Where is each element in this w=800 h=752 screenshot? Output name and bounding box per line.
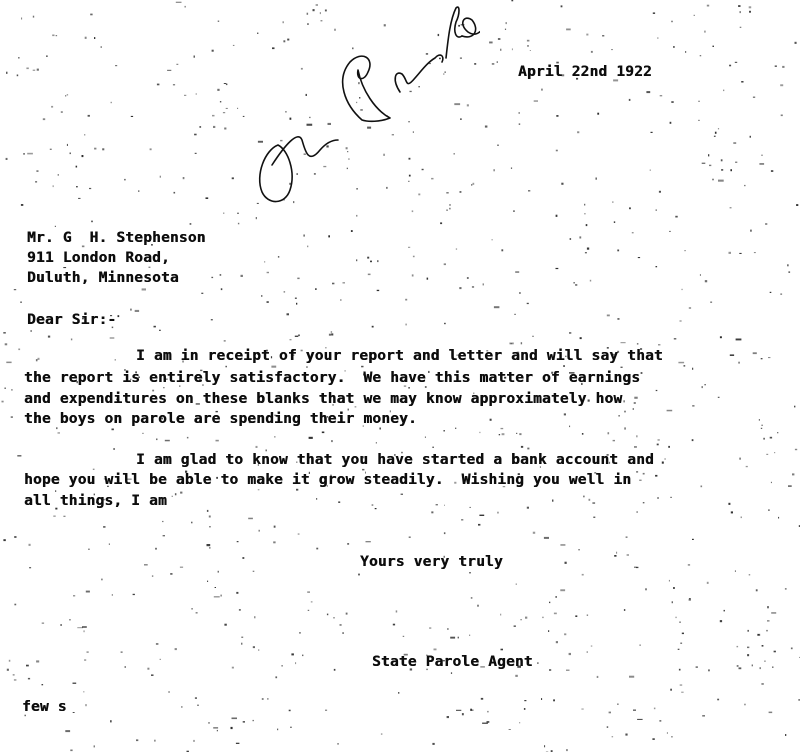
- letter-date: April 22nd 1922: [518, 62, 652, 82]
- paragraph1-line: and expenditures on these blanks that we…: [24, 389, 622, 409]
- signature-title: State Parole Agent: [372, 652, 533, 672]
- salutation: Dear Sir:-: [27, 310, 116, 330]
- paragraph1-line: the report is entirely satisfactory. We …: [24, 368, 640, 388]
- typist-initials: few s: [22, 697, 67, 717]
- recipient-street: 911 London Road,: [27, 248, 170, 268]
- recipient-city-state: Duluth, Minnesota: [27, 268, 179, 288]
- paragraph1-line: I am in receipt of your report and lette…: [136, 346, 663, 366]
- paragraph1-line: the boys on parole are spending their mo…: [24, 409, 417, 429]
- paragraph2-line: I am glad to know that you have started …: [136, 450, 654, 470]
- paragraph2-line: all things, I am: [24, 491, 167, 511]
- handwritten-on-parole-annotation: [250, 0, 480, 210]
- recipient-name: Mr. G H. Stephenson: [27, 228, 206, 248]
- complimentary-close: Yours very truly: [360, 552, 503, 572]
- paragraph2-line: hope you will be able to make it grow st…: [24, 470, 631, 490]
